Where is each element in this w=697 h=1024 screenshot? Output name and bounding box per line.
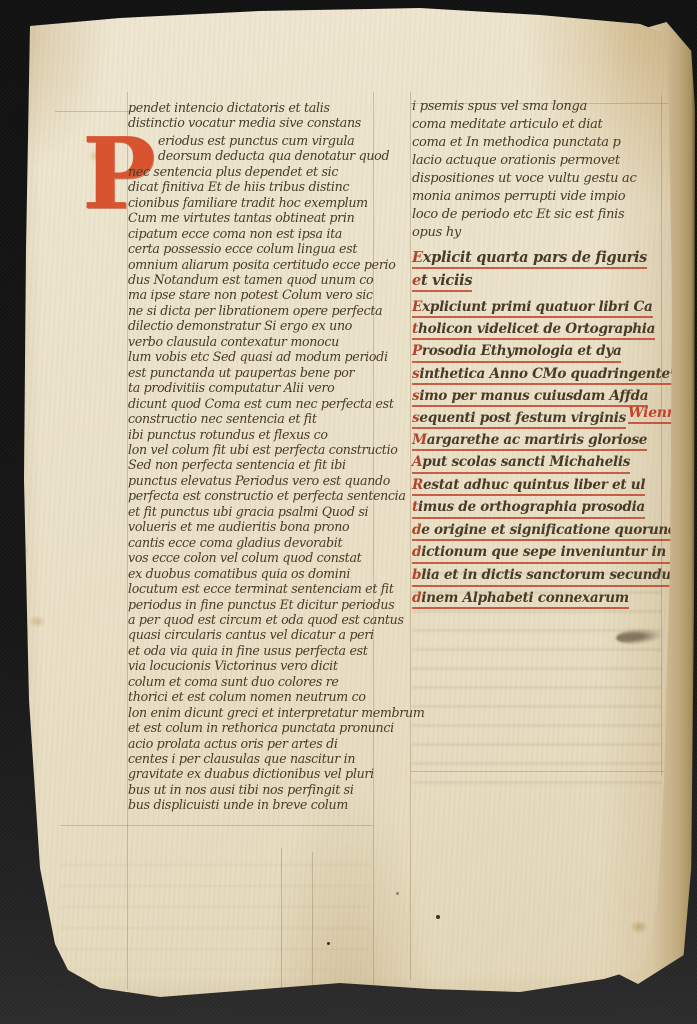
text-line: locutum est ecce terminat sentenciam et …: [128, 581, 394, 597]
speck: [436, 915, 440, 919]
text-line: certa possessio ecce colum lingua est: [128, 241, 357, 257]
margin-note-wienn: Wienn: [628, 404, 677, 424]
text-line: deorsum deducta qua denotatur quod: [128, 148, 389, 164]
text-line: quasi circularis cantus vel dicatur a pe…: [128, 627, 374, 643]
text-line: est punctanda ut paupertas bene por: [128, 364, 354, 380]
text-line: Restat adhuc quintus liber et ul: [412, 476, 645, 497]
text-line: tholicon videlicet de Ortographia: [412, 320, 655, 340]
text-line: de origine et significatione quorundam: [412, 521, 697, 542]
text-line: Explicit quarta pars de figuris: [412, 248, 647, 269]
text-line: Prosodia Ethymologia et dya: [412, 342, 621, 362]
ruling-line: [410, 92, 411, 980]
text-line: lum vobis etc Sed quasi ad modum periodi: [128, 349, 388, 365]
text-line: lon vel colum fit ubi est perfecta const…: [128, 442, 398, 458]
text-line: lon enim dicunt greci et interpretatur m…: [128, 704, 424, 720]
stain: [630, 920, 648, 934]
paragraph-body: eriodus est punctus cum virguladeorsum d…: [128, 133, 376, 813]
text-line: coma meditate articulo et diat: [412, 116, 602, 134]
right-text-column: i psemis spus vel sma longacoma meditate…: [412, 98, 664, 611]
text-line: monia animos perrupti vide impio: [412, 188, 625, 206]
text-line: eriodus est punctus cum virgula: [128, 133, 354, 149]
periodus-paragraph: P eriodus est punctus cum virguladeorsum…: [128, 133, 376, 813]
text-line: blia et in dictis sanctorum secundum or: [412, 566, 697, 587]
text-line: Sed non perfecta sentencia et fit ibi: [128, 457, 346, 473]
text-line: et viciis: [412, 271, 472, 292]
text-line: dinem Alphabeti connexarum: [412, 589, 629, 610]
text-line: via locucionis Victorinus vero dicit: [128, 658, 338, 674]
show-through-text: [60, 850, 370, 970]
text-line: volueris et me audieritis bona prono: [128, 519, 349, 535]
text-line: verbo clausula contexatur monocu: [128, 333, 339, 349]
explicit-rubric: Explicit quarta pars de figuriset viciis: [412, 248, 664, 292]
text-line: sequenti post festum virginis: [412, 409, 626, 429]
column-top-paragraph: i psemis spus vel sma longacoma meditate…: [412, 98, 664, 242]
text-line: perfecta est constructio et perfecta sen…: [128, 488, 406, 504]
paragraph-end: pendet intencio dictatoris et talisdisti…: [128, 100, 376, 131]
colophon-rubric: Expliciunt primi quatuor libri Catholico…: [412, 298, 664, 474]
text-line: timus de orthographia prosodia: [412, 498, 645, 519]
text-line: acio prolata actus oris per artes di: [128, 735, 338, 751]
text-line: dus Notandum est tamen quod unum co: [128, 272, 373, 288]
text-line: cionibus familiare tradit hoc exemplum: [128, 194, 368, 210]
text-line: ta prodivitiis computatur Alii vero: [128, 380, 334, 396]
text-line: periodus in fine punctus Et dicitur peri…: [128, 596, 394, 612]
text-line: pendet intencio dictatoris et talis: [128, 100, 330, 116]
ruling-line: [55, 111, 135, 112]
restat-rubric: Restat adhuc quintus liber et ultimus de…: [412, 476, 664, 610]
text-line: opus hy: [412, 224, 461, 242]
left-text-column: pendet intencio dictatoris et talisdisti…: [128, 100, 376, 813]
ruling-line: [60, 825, 373, 826]
text-line: colum et coma sunt duo colores re: [128, 673, 339, 689]
text-line: sinthetica Anno CMo quadringenteᵐᵒ: [412, 365, 686, 385]
text-line: dicunt quod Coma est cum nec perfecta es…: [128, 395, 394, 411]
text-line: i psemis spus vel sma longa: [412, 98, 587, 116]
text-line: loco de periodo etc Et sic est finis: [412, 206, 624, 224]
text-line: et est colum in rethorica punctata pronu…: [128, 720, 394, 736]
speck: [396, 892, 399, 895]
stain: [28, 615, 46, 628]
text-line: simo per manus cuiusdam Affda: [412, 387, 648, 407]
text-line: lacio actuque orationis permovet: [412, 152, 620, 170]
text-line: dicat finitiva Et de hiis tribus distinc: [128, 179, 349, 195]
text-line: dilectio demonstratur Si ergo ex uno: [128, 318, 352, 334]
text-line: cantis ecce coma gladius devorabit: [128, 534, 342, 550]
text-line: omnium aliarum posita certitudo ecce per…: [128, 256, 396, 272]
text-line: a per quod est circum et oda quod est ca…: [128, 612, 404, 628]
text-line: et fit punctus ubi gracia psalmi Quod si: [128, 503, 368, 519]
text-line: constructio nec sentencia et fit: [128, 411, 317, 427]
text-line: punctus elevatus Periodus vero est quand…: [128, 473, 390, 489]
text-line: Aput scolas sancti Michahelis: [412, 453, 630, 473]
text-line: bus ut in nos ausi tibi nos perfingit si: [128, 782, 354, 798]
text-line: nec sentencia plus dependet et sic: [128, 164, 338, 180]
text-line: coma et In methodica punctata p: [412, 134, 621, 152]
text-line: vos ecce colon vel colum quod constat: [128, 550, 361, 566]
text-line: Expliciunt primi quatuor libri Ca: [412, 298, 653, 318]
text-line: et oda via quia in fine usus perfecta es…: [128, 643, 368, 659]
text-line: ibi punctus rotundus et flexus co: [128, 426, 328, 442]
text-line: cipatum ecce coma non est ipsa ita: [128, 225, 342, 241]
text-line: dictionum que sepe inveniuntur in bi: [412, 543, 684, 564]
text-line: gravitate ex duabus dictionibus vel plur…: [128, 766, 374, 782]
text-line: bus displicuisti unde in breve colum: [128, 797, 348, 813]
text-line: thorici et est colum nomen neutrum co: [128, 689, 366, 705]
text-line: Margarethe ac martiris gloriose: [412, 431, 647, 451]
text-line: Cum me virtutes tantas obtineat prin: [128, 210, 354, 226]
text-line: distinctio vocatur media sive constans: [128, 115, 361, 131]
text-line: ne si dicta per librationem opere perfec…: [128, 303, 382, 319]
text-line: ma ipse stare non potest Colum vero sic: [128, 287, 373, 303]
text-line: dispositiones ut voce vultu gestu ac: [412, 170, 636, 188]
text-line: centes i per clausulas que nascitur in: [128, 751, 355, 767]
parchment-page: pendet intencio dictatoris et talisdisti…: [0, 0, 697, 1024]
text-line: ex duobus comatibus quia os domini: [128, 565, 350, 581]
stain: [10, 543, 30, 557]
